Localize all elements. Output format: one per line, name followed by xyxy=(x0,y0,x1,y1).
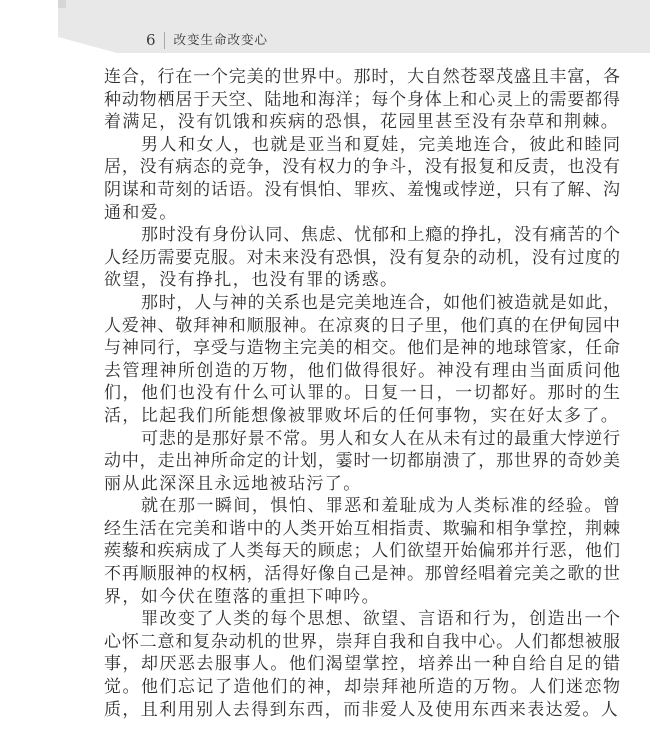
text-line: 动中，走出神所命定的计划，霎时一切都崩溃了，那世界的奇妙美 xyxy=(104,450,620,473)
header-band xyxy=(0,0,650,53)
paragraph: 罪改变了人类的每个思想、欲望、言语和行为，创造出一个心怀二意和复杂动机的世界，崇… xyxy=(104,608,620,721)
text-line: 不再顺服神的权柄，活得好像自己是神。那曾经唱着完美之歌的世 xyxy=(104,563,620,586)
text-line: 人爱神、敬拜神和顺服神。在凉爽的日子里，他们真的在伊甸园中 xyxy=(104,315,620,338)
text-line: 欲望，没有挣扎，也没有罪的诱惑。 xyxy=(104,269,620,292)
text-line: 经生活在完美和谐中的人类开始互相指责、欺骗和相争掌控，荆棘 xyxy=(104,518,620,541)
text-line: 通和爱。 xyxy=(104,202,620,225)
text-line: 人经历需要克服。对未来没有恐惧，没有复杂的动机，没有过度的 xyxy=(104,247,620,270)
text-line: 就在那一瞬间，惧怕、罪恶和羞耻成为人类标准的经验。曾 xyxy=(104,495,620,518)
text-line: 事，却厌恶去服事人。他们渴望掌控，培养出一种自给自足的错 xyxy=(104,653,620,676)
text-line: 丽从此深深且永远地被玷污了。 xyxy=(104,473,620,496)
text-line: 去管理神所创造的万物，他们做得很好。神没有理由当面质问他 xyxy=(104,360,620,383)
text-line: 那时没有身份认同、焦虑、忧郁和上瘾的挣扎，没有痛苦的个 xyxy=(104,224,620,247)
text-line: 阴谋和苛刻的话语。没有惧怕、罪疚、羞愧或悖逆，只有了解、沟 xyxy=(104,179,620,202)
text-line: 那时，人与神的关系也是完美地连合，如他们被造就是如此， xyxy=(104,292,620,315)
body-text: 连合，行在一个完美的世界中。那时，大自然苍翠茂盛且丰富，各种动物栖居于天空、陆地… xyxy=(104,66,620,721)
text-line: 心怀二意和复杂动机的世界，崇拜自我和自我中心。人们都想被服 xyxy=(104,631,620,654)
text-line: 活，比起我们所能想像被罪败坏后的任何事物，实在好太多了。 xyxy=(104,405,620,428)
book-title: 改变生命改变心 xyxy=(174,30,269,50)
text-line: 们，他们也没有什么可认罪的。日复一日，一切都好。那时的生 xyxy=(104,382,620,405)
text-line: 蒺藜和疾病成了人类每天的顾虑；人们欲望开始偏邪并行恶，他们 xyxy=(104,540,620,563)
page-header: 6 改变生命改变心 xyxy=(146,30,268,50)
text-line: 罪改变了人类的每个思想、欲望、言语和行为，创造出一个 xyxy=(104,608,620,631)
book-page: 6 改变生命改变心 连合，行在一个完美的世界中。那时，大自然苍翠茂盛且丰富，各种… xyxy=(0,0,650,750)
page-number: 6 xyxy=(146,30,156,50)
text-line: 与神同行，享受与造物主完美的相交。他们是神的地球管家，任命 xyxy=(104,337,620,360)
text-line: 质，且利用别人去得到东西，而非爱人及使用东西来表达爱。人类 xyxy=(104,699,620,722)
paragraph: 男人和女人，也就是亚当和夏娃，完美地连合，彼此和睦同居，没有病态的竞争，没有权力… xyxy=(104,134,620,224)
text-line: 种动物栖居于天空、陆地和海洋；每个身体上和心灵上的需要都得 xyxy=(104,89,620,112)
paragraph: 连合，行在一个完美的世界中。那时，大自然苍翠茂盛且丰富，各种动物栖居于天空、陆地… xyxy=(104,66,620,134)
text-line: 可悲的是那好景不常。男人和女人在从未有过的最重大悖逆行 xyxy=(104,428,620,451)
band-corner-accent xyxy=(58,0,66,8)
header-divider xyxy=(164,32,165,49)
text-line: 男人和女人，也就是亚当和夏娃，完美地连合，彼此和睦同 xyxy=(104,134,620,157)
text-line: 界，如今伏在堕落的重担下呻吟。 xyxy=(104,586,620,609)
paragraph: 可悲的是那好景不常。男人和女人在从未有过的最重大悖逆行动中，走出神所命定的计划，… xyxy=(104,428,620,496)
paragraph: 那时没有身份认同、焦虑、忧郁和上瘾的挣扎，没有痛苦的个人经历需要克服。对未来没有… xyxy=(104,224,620,292)
text-line: 觉。他们忘记了造他们的神，却崇拜祂所造的万物。人们迷恋物 xyxy=(104,676,620,699)
paragraph: 就在那一瞬间，惧怕、罪恶和羞耻成为人类标准的经验。曾经生活在完美和谐中的人类开始… xyxy=(104,495,620,608)
text-line: 着满足，没有饥饿和疾病的恐惧，花园里甚至没有杂草和荆棘。 xyxy=(104,111,620,134)
text-line: 居，没有病态的竞争，没有权力的争斗，没有报复和反责，也没有 xyxy=(104,156,620,179)
text-line: 连合，行在一个完美的世界中。那时，大自然苍翠茂盛且丰富，各 xyxy=(104,66,620,89)
paragraph: 那时，人与神的关系也是完美地连合，如他们被造就是如此，人爱神、敬拜神和顺服神。在… xyxy=(104,292,620,428)
